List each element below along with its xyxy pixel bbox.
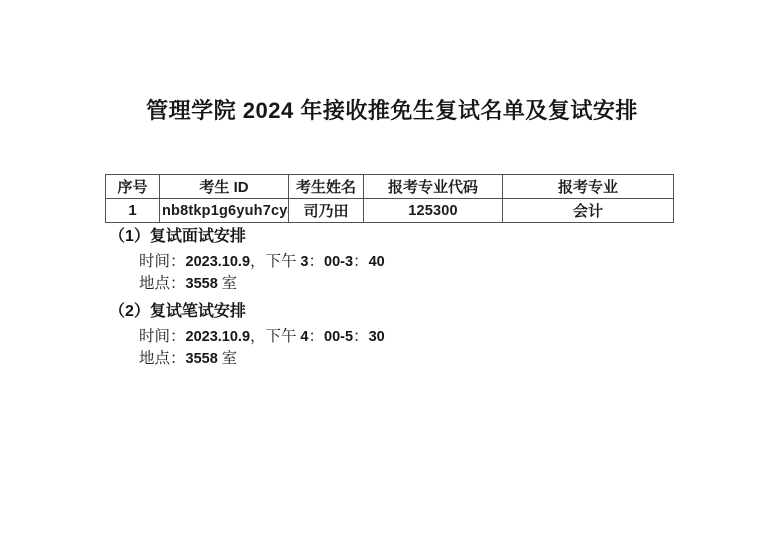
cell-major-code: 125300	[364, 199, 503, 223]
numeric-text: 4	[300, 329, 308, 345]
numeric-text: 3558	[186, 351, 218, 367]
numeric-text: 3558	[186, 276, 218, 292]
interview-place-line: 地点：3558 室	[139, 276, 385, 292]
numeric-text: 00-3	[324, 254, 353, 270]
interview-section-heading: （1）复试面试安排	[109, 228, 385, 245]
written-exam-place-line: 地点：3558 室	[139, 351, 385, 367]
written-exam-section-heading: （2）复试笔试安排	[109, 303, 385, 320]
table-row: 1 nb8tkp1g6yuh7cy4 司乃田 125300 会计	[106, 199, 674, 223]
numeric-text: 2023.10.9	[186, 254, 251, 270]
document-page: 管理学院 2024 年接收推免生复试名单及复试安排 序号 考生 ID 考生姓名 …	[0, 0, 784, 536]
written-exam-arrangement-section: （2）复试笔试安排 时间：2023.10.9，下午 4：00-5：30 地点：3…	[109, 303, 385, 367]
header-cell-seq: 序号	[106, 175, 160, 199]
cell-seq: 1	[106, 199, 160, 223]
interview-arrangement-section: （1）复试面试安排 时间：2023.10.9，下午 3：00-3：40 地点：3…	[109, 228, 385, 292]
header-cell-major-code: 报考专业代码	[364, 175, 503, 199]
numeric-text: 3	[300, 254, 308, 270]
document-title: 管理学院 2024 年接收推免生复试名单及复试安排	[0, 97, 784, 124]
written-exam-time-line: 时间：2023.10.9，下午 4：00-5：30	[139, 329, 385, 345]
numeric-text: 40	[369, 254, 385, 270]
numeric-text: 2023.10.9	[186, 329, 251, 345]
cell-candidate-name: 司乃田	[289, 199, 364, 223]
header-cell-candidate-name: 考生姓名	[289, 175, 364, 199]
candidate-roster-table: 序号 考生 ID 考生姓名 报考专业代码 报考专业 1 nb8tkp1g6yuh…	[105, 174, 674, 223]
header-cell-major-name: 报考专业	[503, 175, 674, 199]
cell-candidate-id: nb8tkp1g6yuh7cy4	[160, 199, 289, 223]
numeric-text: 00-5	[324, 329, 353, 345]
cell-major-name: 会计	[503, 199, 674, 223]
numeric-text: 30	[369, 329, 385, 345]
interview-time-line: 时间：2023.10.9，下午 3：00-3：40	[139, 254, 385, 270]
table-header-row: 序号 考生 ID 考生姓名 报考专业代码 报考专业	[106, 175, 674, 199]
header-cell-candidate-id: 考生 ID	[160, 175, 289, 199]
